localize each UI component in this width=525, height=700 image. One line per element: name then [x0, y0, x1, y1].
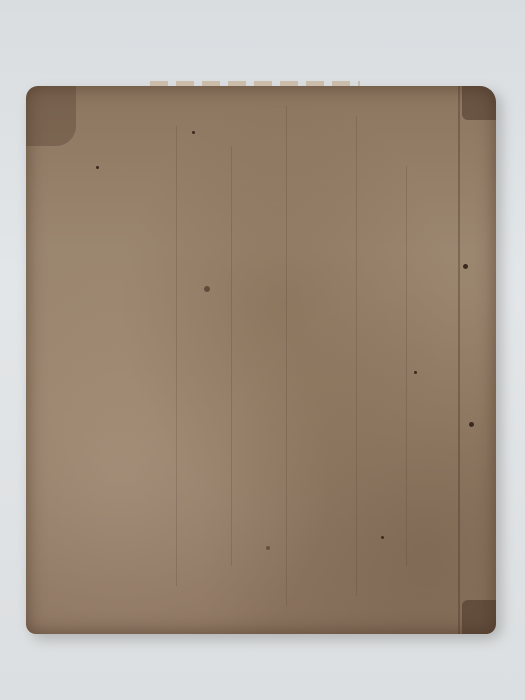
stain-spot — [96, 166, 99, 169]
stain-spot — [192, 131, 195, 134]
crease — [286, 106, 287, 606]
crease — [176, 126, 177, 586]
stain-spot — [469, 422, 474, 427]
worn-corner-top-right — [462, 86, 496, 120]
worn-corner-top-left — [26, 86, 76, 146]
stain-spot — [381, 536, 384, 539]
stain-spot — [204, 286, 210, 292]
crease — [356, 116, 357, 596]
stain-spot — [463, 264, 468, 269]
stain-spot — [414, 371, 417, 374]
worn-corner-bottom-right — [462, 600, 496, 634]
stain-spot — [266, 546, 270, 550]
crease — [231, 146, 232, 566]
book-cover — [26, 86, 496, 634]
crease — [406, 166, 407, 566]
spine-fold-line — [458, 86, 460, 634]
